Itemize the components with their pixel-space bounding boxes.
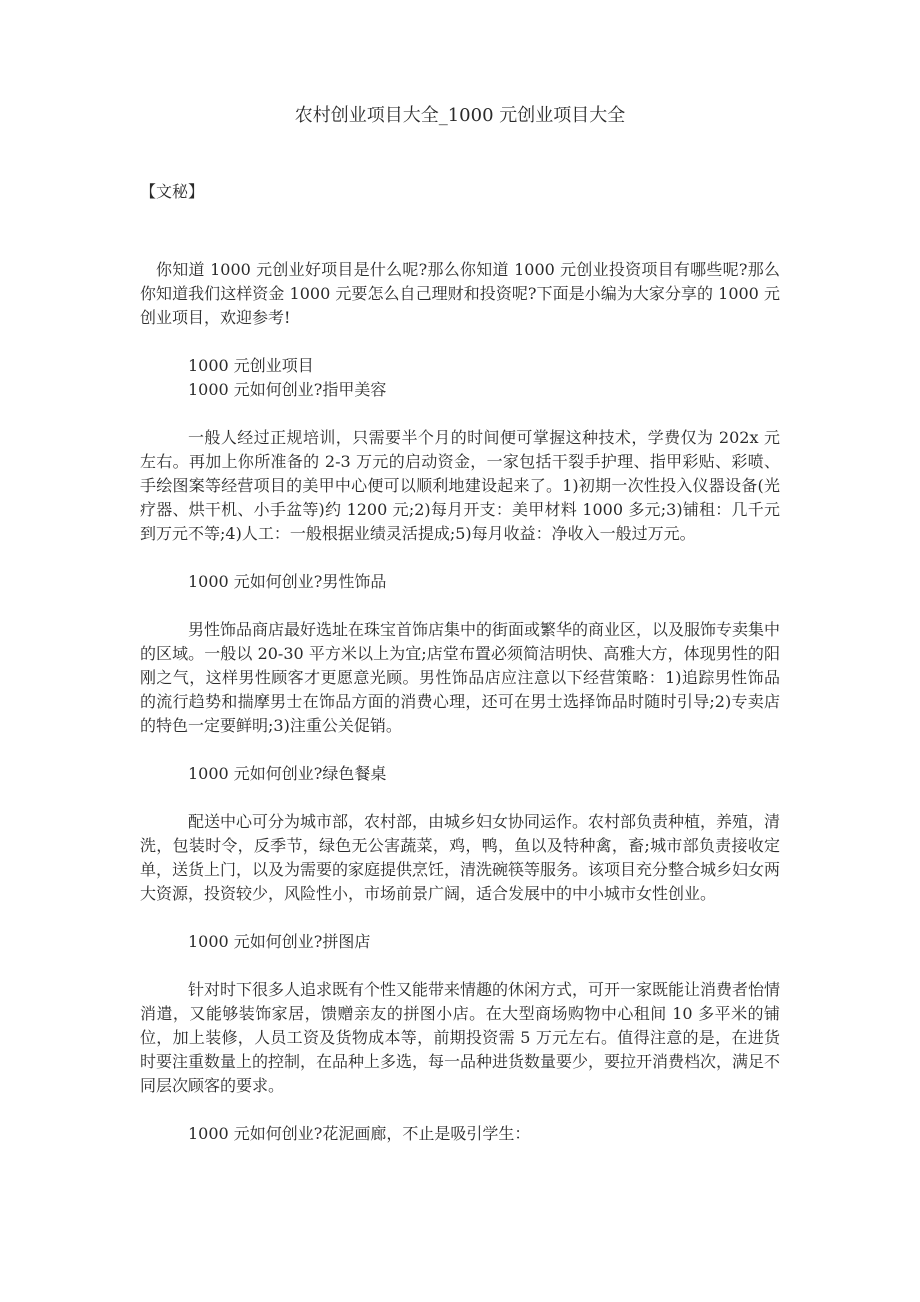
section-body-puzzle-shop: 针对时下很多人追求既有个性又能带来情趣的休闲方式，可开一家既能让消费者怡情消遣，…: [140, 978, 780, 1098]
section-heading-mens-accessories: 1000 元如何创业?男性饰品: [140, 570, 780, 594]
section-body-mens-accessories: 男性饰品商店最好选址在珠宝首饰店集中的街面或繁华的商业区，以及服饰专卖集中的区域…: [140, 618, 780, 738]
document-page: 农村创业项目大全_1000 元创业项目大全 【文秘】 你知道 1000 元创业好…: [0, 0, 920, 1302]
section-heading-group: 1000 元创业项目 1000 元如何创业?指甲美容: [140, 354, 780, 402]
section-heading-clay-painting-gallery: 1000 元如何创业?花泥画廊，不止是吸引学生：: [140, 1122, 780, 1146]
section-heading-projects: 1000 元创业项目: [140, 354, 780, 378]
category-tag: 【文秘】: [140, 180, 780, 204]
document-title: 农村创业项目大全_1000 元创业项目大全: [140, 104, 780, 128]
section-heading-nail-beauty: 1000 元如何创业?指甲美容: [140, 378, 780, 402]
intro-paragraph: 你知道 1000 元创业好项目是什么呢?那么你知道 1000 元创业投资项目有哪…: [140, 258, 780, 330]
section-heading-green-dining: 1000 元如何创业?绿色餐桌: [140, 762, 780, 786]
section-body-green-dining: 配送中心可分为城市部，农村部，由城乡妇女协同运作。农村部负责种植，养殖，清洗，包…: [140, 810, 780, 906]
section-body-nail-beauty: 一般人经过正规培训，只需要半个月的时间便可掌握这种技术，学费仅为 202x 元左…: [140, 426, 780, 546]
section-heading-puzzle-shop: 1000 元如何创业?拼图店: [140, 930, 780, 954]
